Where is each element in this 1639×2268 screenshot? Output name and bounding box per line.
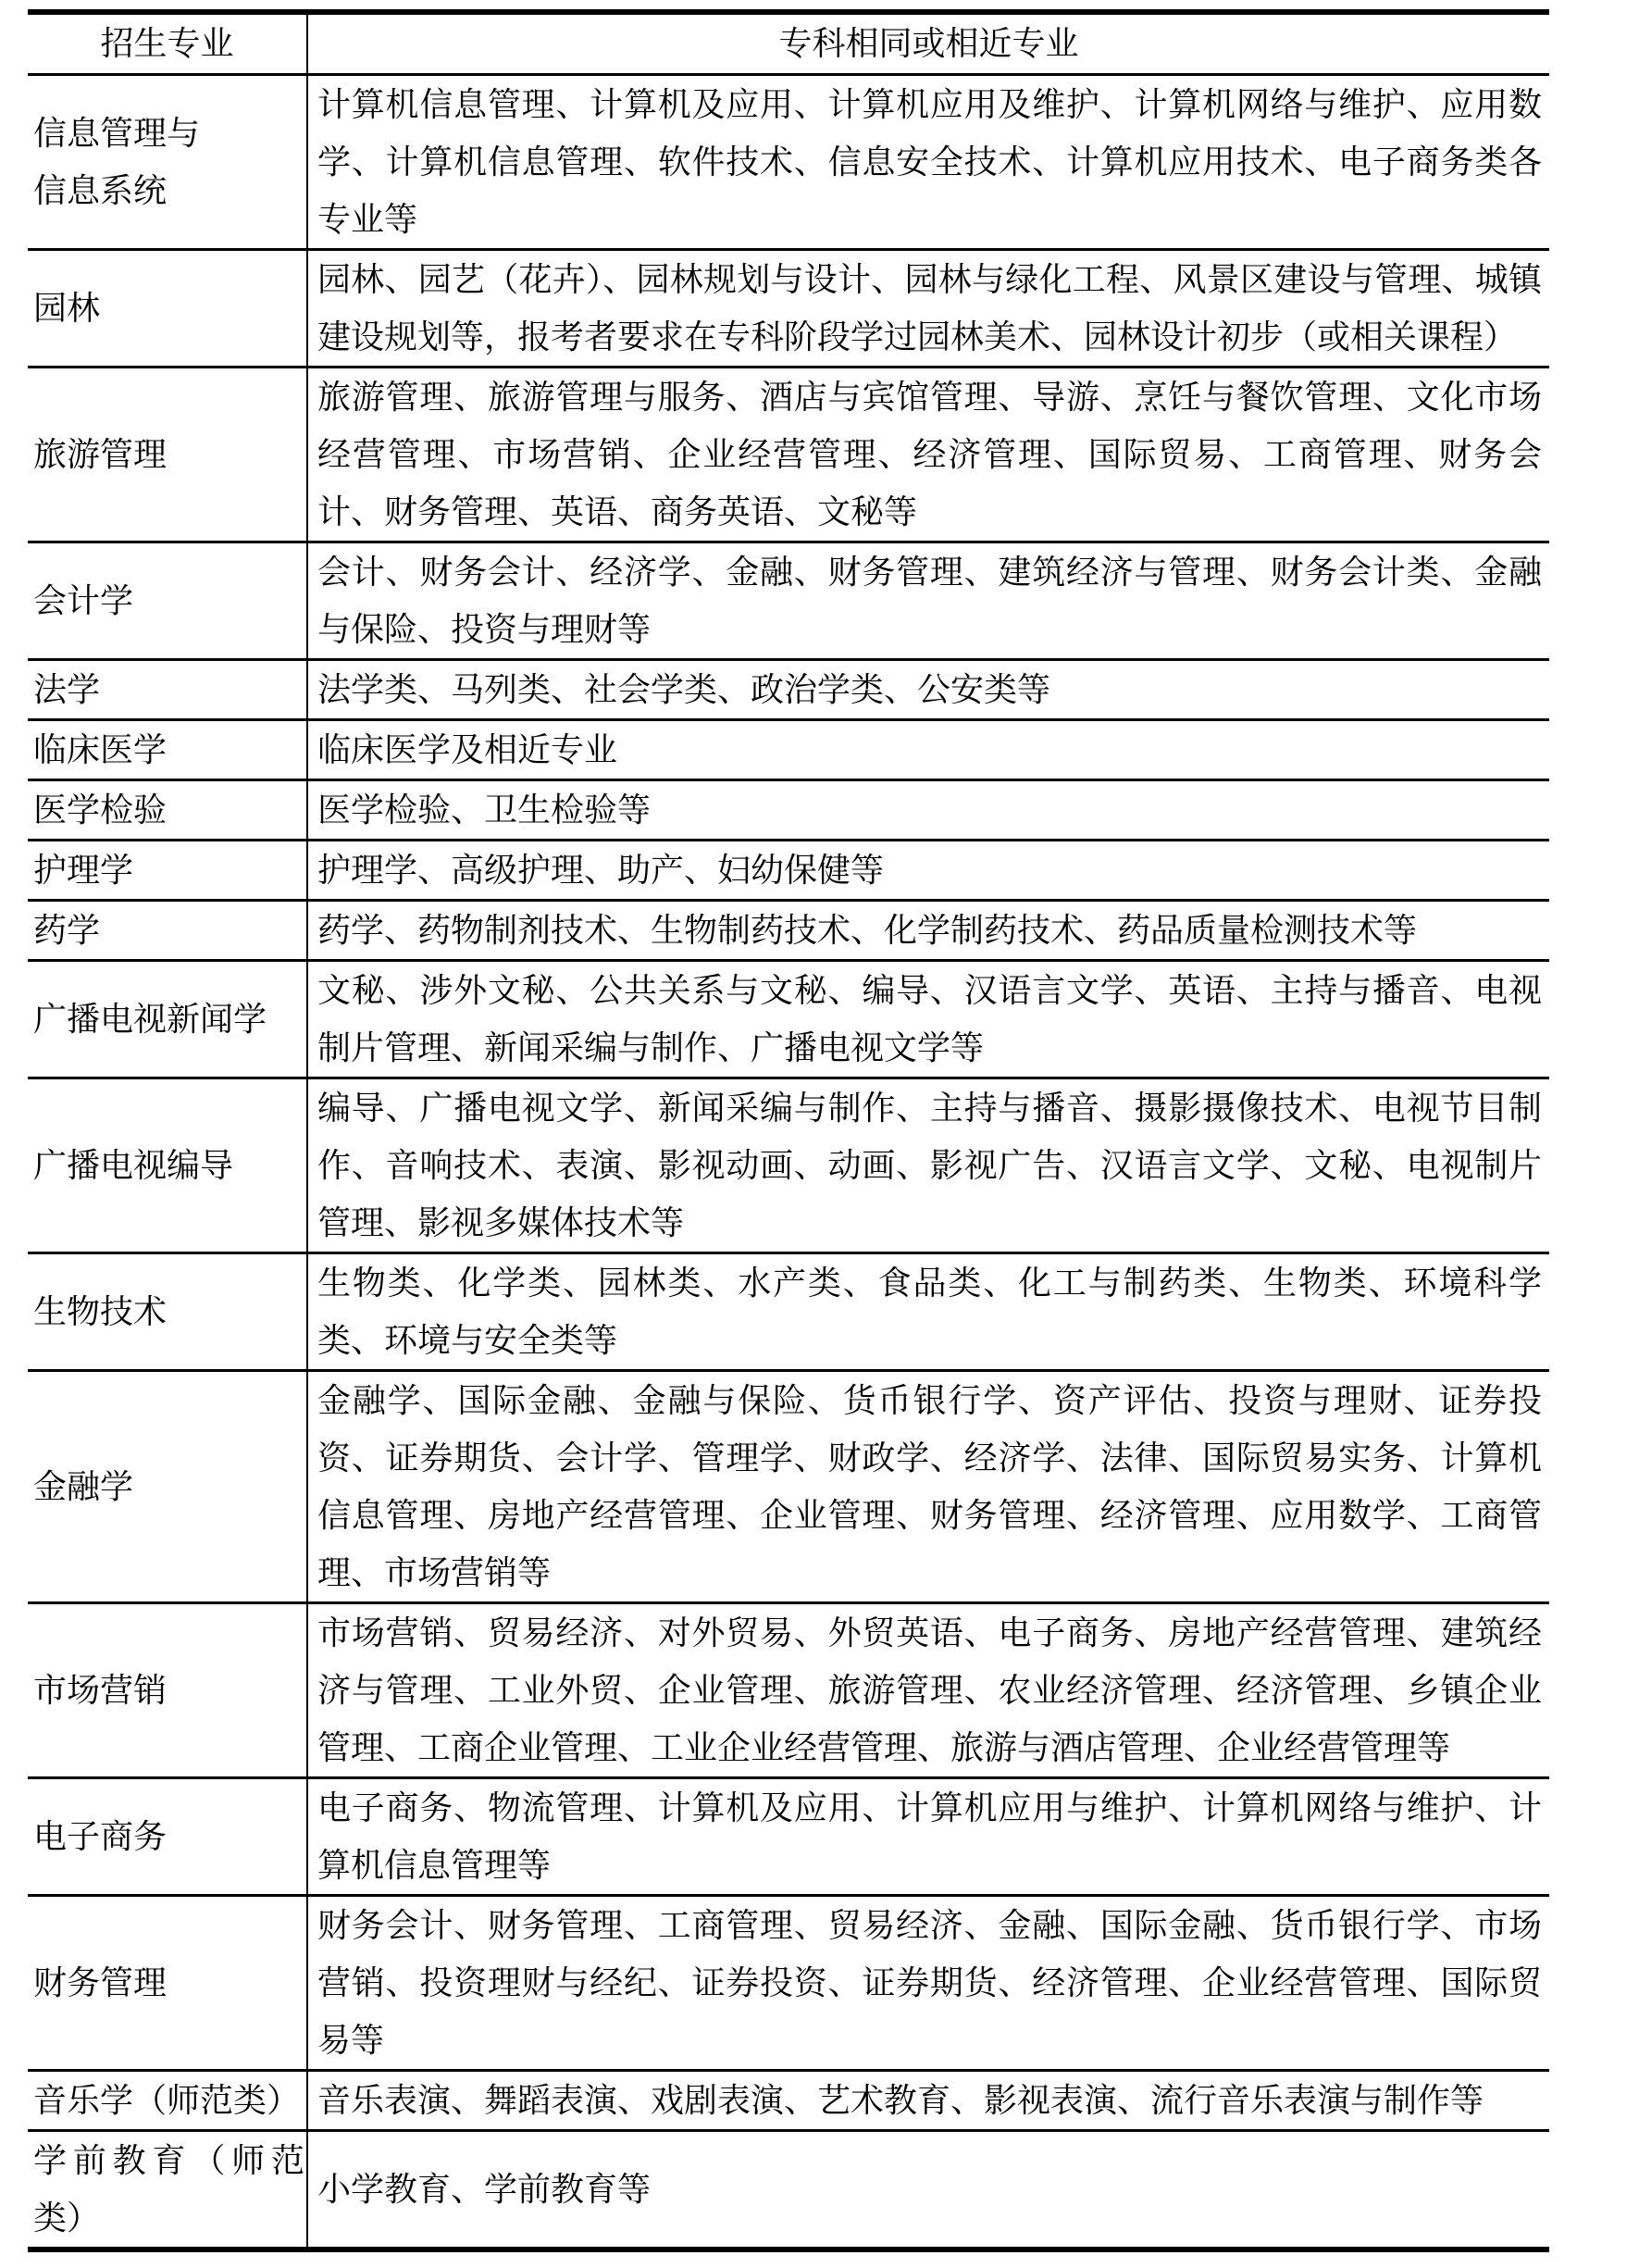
col-header-major: 招生专业 (28, 12, 307, 75)
table-row: 音乐学（师范类） 音乐表演、舞蹈表演、戏剧表演、艺术教育、影视表演、流行音乐表演… (28, 2071, 1549, 2131)
major-cell: 会计学 (28, 542, 307, 660)
major-cell: 广播电视编导 (28, 1078, 307, 1253)
table-row: 园林 园林、园艺（花卉）、园林规划与设计、园林与绿化工程、风景区建设与管理、城镇… (28, 250, 1549, 368)
table-row: 广播电视编导 编导、广播电视文学、新闻采编与制作、主持与播音、摄影摄像技术、电视… (28, 1078, 1549, 1253)
related-majors-cell: 音乐表演、舞蹈表演、戏剧表演、艺术教育、影视表演、流行音乐表演与制作等 (307, 2071, 1549, 2131)
major-cell: 音乐学（师范类） (28, 2071, 307, 2131)
major-cell: 临床医学 (28, 720, 307, 780)
related-majors-cell: 小学教育、学前教育等 (307, 2131, 1549, 2250)
document-page: 招生专业 专科相同或相近专业 信息管理与 信息系统 计算机信息管理、计算机及应用… (0, 0, 1639, 2268)
related-majors-cell: 电子商务、物流管理、计算机及应用、计算机应用与维护、计算机网络与维护、计算机信息… (307, 1778, 1549, 1896)
related-majors-cell: 会计、财务会计、经济学、金融、财务管理、建筑经济与管理、财务会计类、金融与保险、… (307, 542, 1549, 660)
table-body: 信息管理与 信息系统 计算机信息管理、计算机及应用、计算机应用及维护、计算机网络… (28, 75, 1549, 2250)
major-cell: 信息管理与 信息系统 (28, 75, 307, 250)
related-majors-cell: 药学、药物制剂技术、生物制药技术、化学制药技术、药品质量检测技术等 (307, 901, 1549, 961)
related-majors-cell: 市场营销、贸易经济、对外贸易、外贸英语、电子商务、房地产经营管理、建筑经济与管理… (307, 1603, 1549, 1778)
col-header-related-majors: 专科相同或相近专业 (307, 12, 1549, 75)
table-row: 生物技术 生物类、化学类、园林类、水产类、食品类、化工与制药类、生物类、环境科学… (28, 1253, 1549, 1371)
table-row: 法学 法学类、马列类、社会学类、政治学类、公安类等 (28, 660, 1549, 720)
related-majors-cell: 旅游管理、旅游管理与服务、酒店与宾馆管理、导游、烹饪与餐饮管理、文化市场经营管理… (307, 368, 1549, 542)
major-cell: 财务管理 (28, 1896, 307, 2071)
major-cell: 生物技术 (28, 1253, 307, 1371)
related-majors-cell: 文秘、涉外文秘、公共关系与文秘、编导、汉语言文学、英语、主持与播音、电视制片管理… (307, 961, 1549, 1078)
table-row: 医学检验 医学检验、卫生检验等 (28, 780, 1549, 841)
major-cell: 法学 (28, 660, 307, 720)
table-row: 药学 药学、药物制剂技术、生物制药技术、化学制药技术、药品质量检测技术等 (28, 901, 1549, 961)
major-cell: 市场营销 (28, 1603, 307, 1778)
major-cell: 园林 (28, 250, 307, 368)
table-row: 市场营销 市场营销、贸易经济、对外贸易、外贸英语、电子商务、房地产经营管理、建筑… (28, 1603, 1549, 1778)
related-majors-cell: 护理学、高级护理、助产、妇幼保健等 (307, 841, 1549, 901)
admission-majors-table: 招生专业 专科相同或相近专业 信息管理与 信息系统 计算机信息管理、计算机及应用… (28, 9, 1549, 2252)
table-row: 财务管理 财务会计、财务管理、工商管理、贸易经济、金融、国际金融、货币银行学、市… (28, 1896, 1549, 2071)
table-row: 学前教育（师范类） 小学教育、学前教育等 (28, 2131, 1549, 2250)
table-row: 广播电视新闻学 文秘、涉外文秘、公共关系与文秘、编导、汉语言文学、英语、主持与播… (28, 961, 1549, 1078)
major-cell: 金融学 (28, 1371, 307, 1603)
related-majors-cell: 法学类、马列类、社会学类、政治学类、公安类等 (307, 660, 1549, 720)
major-cell: 医学检验 (28, 780, 307, 841)
table-row: 会计学 会计、财务会计、经济学、金融、财务管理、建筑经济与管理、财务会计类、金融… (28, 542, 1549, 660)
table-row: 护理学 护理学、高级护理、助产、妇幼保健等 (28, 841, 1549, 901)
related-majors-cell: 临床医学及相近专业 (307, 720, 1549, 780)
related-majors-cell: 园林、园艺（花卉）、园林规划与设计、园林与绿化工程、风景区建设与管理、城镇建设规… (307, 250, 1549, 368)
major-cell: 学前教育（师范类） (28, 2131, 307, 2250)
table-row: 旅游管理 旅游管理、旅游管理与服务、酒店与宾馆管理、导游、烹饪与餐饮管理、文化市… (28, 368, 1549, 542)
related-majors-cell: 金融学、国际金融、金融与保险、货币银行学、资产评估、投资与理财、证券投资、证券期… (307, 1371, 1549, 1603)
related-majors-cell: 计算机信息管理、计算机及应用、计算机应用及维护、计算机网络与维护、应用数学、计算… (307, 75, 1549, 250)
major-cell: 药学 (28, 901, 307, 961)
related-majors-cell: 财务会计、财务管理、工商管理、贸易经济、金融、国际金融、货币银行学、市场营销、投… (307, 1896, 1549, 2071)
major-cell: 旅游管理 (28, 368, 307, 542)
related-majors-cell: 医学检验、卫生检验等 (307, 780, 1549, 841)
related-majors-cell: 编导、广播电视文学、新闻采编与制作、主持与播音、摄影摄像技术、电视节目制作、音响… (307, 1078, 1549, 1253)
table-row: 金融学 金融学、国际金融、金融与保险、货币银行学、资产评估、投资与理财、证券投资… (28, 1371, 1549, 1603)
major-cell: 护理学 (28, 841, 307, 901)
table-header-row: 招生专业 专科相同或相近专业 (28, 12, 1549, 75)
table-row: 临床医学 临床医学及相近专业 (28, 720, 1549, 780)
major-cell: 电子商务 (28, 1778, 307, 1896)
table-row: 电子商务 电子商务、物流管理、计算机及应用、计算机应用与维护、计算机网络与维护、… (28, 1778, 1549, 1896)
table-row: 信息管理与 信息系统 计算机信息管理、计算机及应用、计算机应用及维护、计算机网络… (28, 75, 1549, 250)
related-majors-cell: 生物类、化学类、园林类、水产类、食品类、化工与制药类、生物类、环境科学类、环境与… (307, 1253, 1549, 1371)
major-cell: 广播电视新闻学 (28, 961, 307, 1078)
